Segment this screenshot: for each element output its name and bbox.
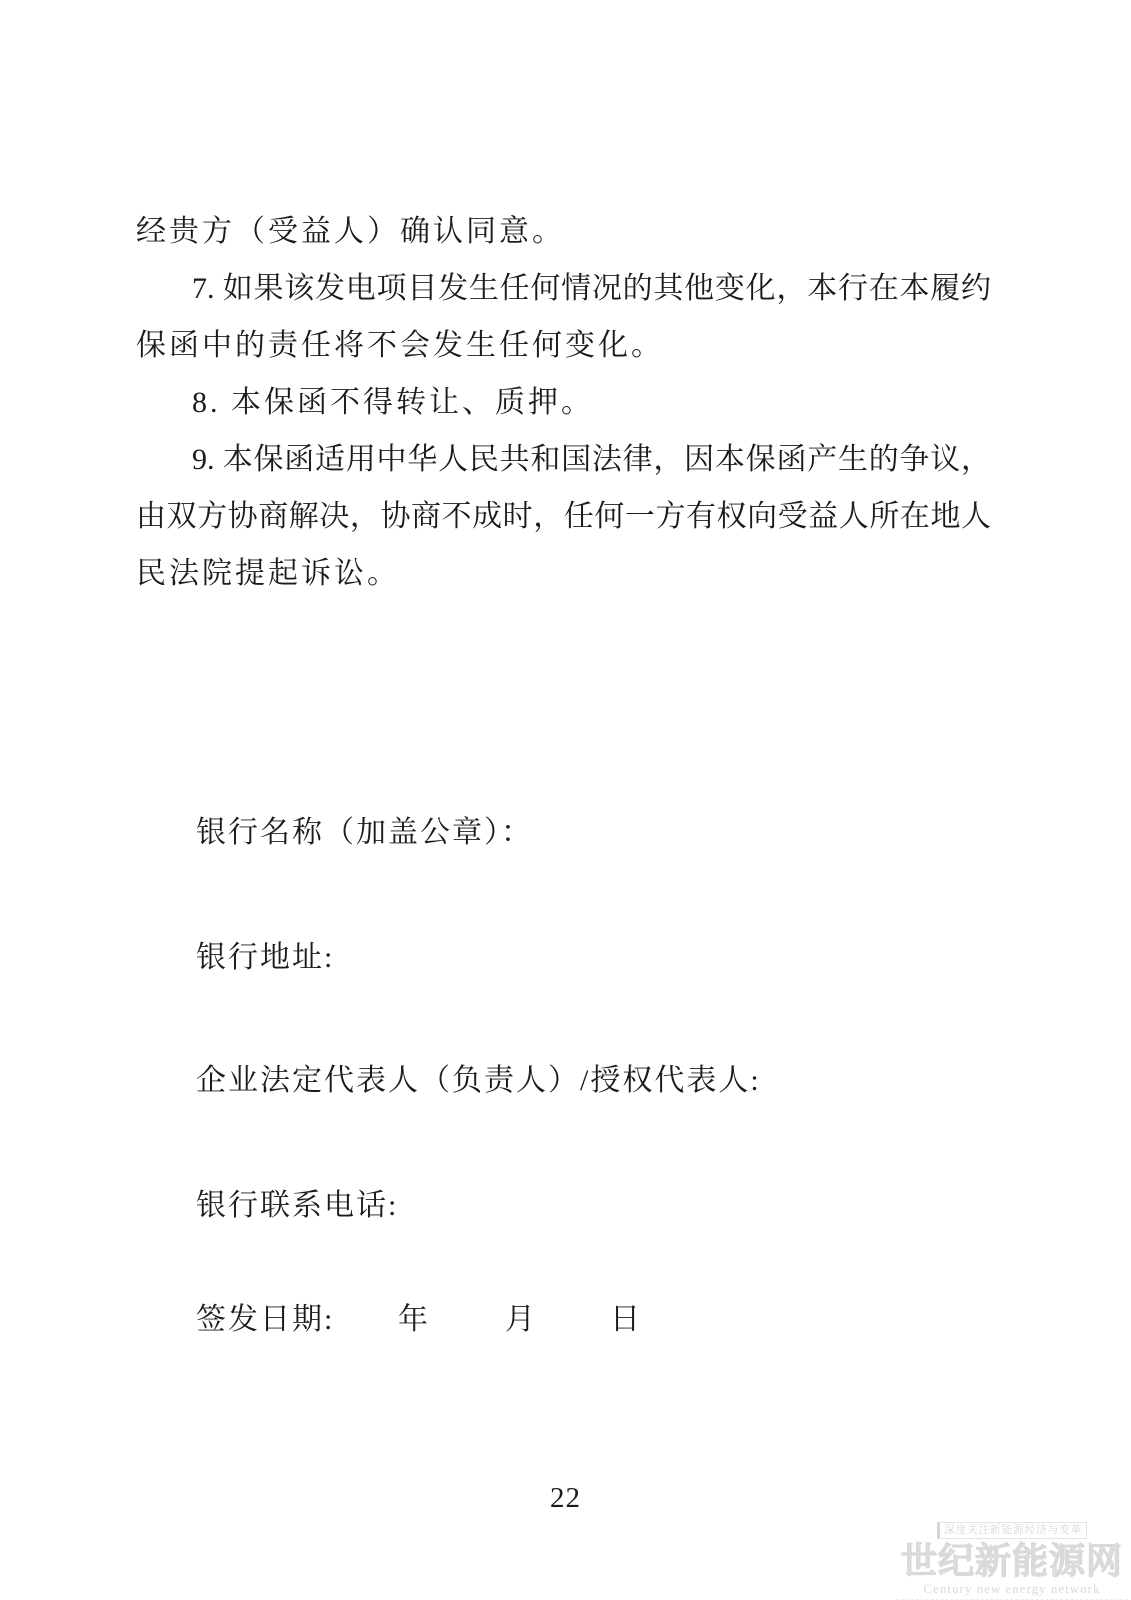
watermark-logo: 世纪新能源网 <box>896 1542 1128 1580</box>
watermark-subtitle: Century new energy network <box>896 1581 1128 1600</box>
field-bank-phone: 银行联系电话: <box>196 1186 398 1226</box>
clause-line-1: 经贵方（受益人）确认同意。 <box>136 212 991 252</box>
page-number: 22 <box>0 1482 1131 1515</box>
issue-date-label: 签发日期: <box>196 1300 334 1340</box>
field-bank-address: 银行地址: <box>196 938 334 978</box>
clause-line-5: 9. 本保函适用中华人民共和国法律，因本保函产生的争议， <box>136 440 991 480</box>
field-legal-rep: 企业法定代表人（负责人）/授权代表人: <box>196 1061 761 1101</box>
clause-line-7: 民法院提起诉讼。 <box>136 554 991 594</box>
clause-line-2: 7. 如果该发电项目发生任何情况的其他变化，本行在本履约 <box>136 269 991 309</box>
clause-line-4: 8. 本保函不得转让、质押。 <box>136 383 991 423</box>
clause-line-6: 由双方协商解决，协商不成时，任何一方有权向受益人所在地人 <box>136 497 991 537</box>
issue-date-day: 日 <box>610 1300 642 1340</box>
clause-line-3: 保函中的责任将不会发生任何变化。 <box>136 326 991 366</box>
watermark-tagline: 深度关注新能源经济与变革 <box>937 1522 1087 1539</box>
document-page: 经贵方（受益人）确认同意。 7. 如果该发电项目发生任何情况的其他变化，本行在本… <box>0 0 1131 1600</box>
issue-date-month: 月 <box>505 1300 537 1340</box>
issue-date-year: 年 <box>398 1300 430 1340</box>
field-bank-name: 银行名称（加盖公章）： <box>196 813 533 853</box>
field-issue-date: 签发日期: 年 月 日 <box>0 1300 1131 1344</box>
watermark: 深度关注新能源经济与变革 世纪新能源网 Century new energy n… <box>896 1520 1128 1600</box>
